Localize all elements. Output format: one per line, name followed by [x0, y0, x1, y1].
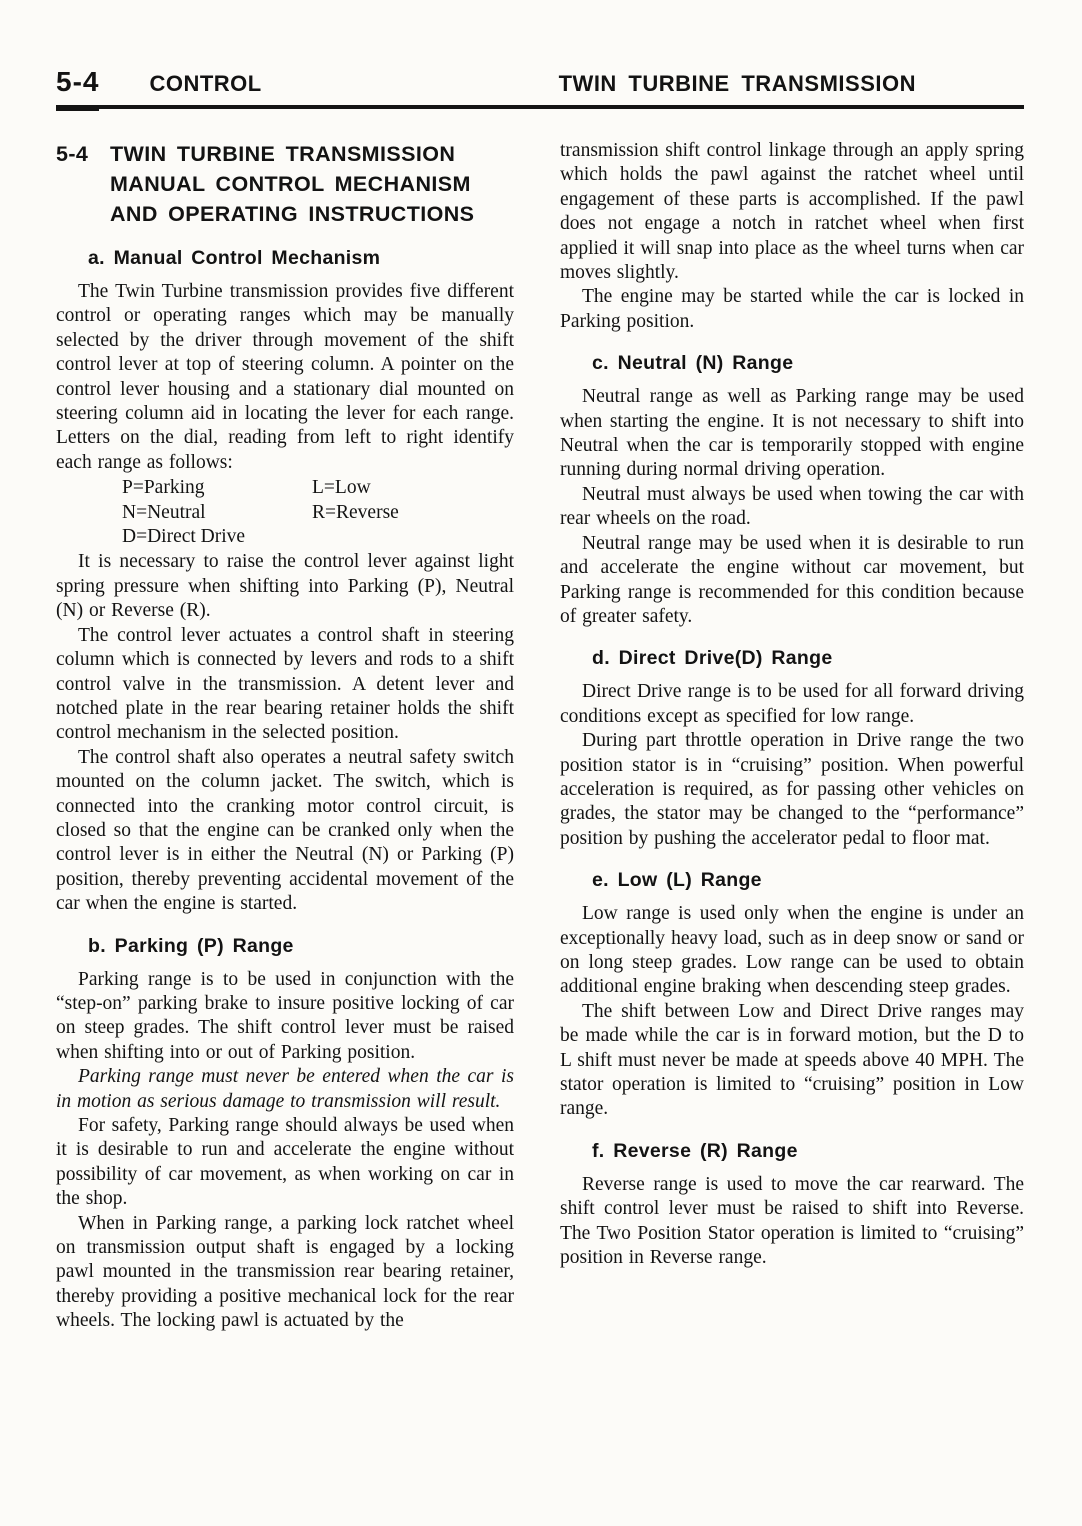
page-section-number: 5-4	[56, 66, 99, 111]
subsection-heading-d: d. Direct Drive(D) Range	[592, 647, 1024, 670]
paragraph: During part throttle operation in Drive …	[560, 729, 1024, 851]
article-title-line-1: TWIN TURBINE TRANSMISSION	[110, 142, 455, 166]
legend-cell: N=Neutral	[122, 501, 312, 525]
subsection-heading-e: e. Low (L) Range	[592, 869, 1024, 892]
left-column: 5-4 TWIN TURBINE TRANSMISSION MANUAL CON…	[56, 139, 514, 1334]
running-head: 5-4 CONTROL TWIN TURBINE TRANSMISSION	[56, 66, 1024, 109]
paragraph: It is necessary to raise the control lev…	[56, 550, 514, 623]
manual-page: 5-4 CONTROL TWIN TURBINE TRANSMISSION 5-…	[0, 0, 1082, 1526]
running-head-right-title: TWIN TURBINE TRANSMISSION	[559, 71, 916, 97]
paragraph-continuation: transmission shift control linkage throu…	[560, 139, 1024, 285]
paragraph-italic-warning: Parking range must never be entered when…	[56, 1065, 514, 1114]
subsection-heading-b: b. Parking (P) Range	[88, 935, 514, 958]
paragraph: Neutral range may be used when it is des…	[560, 532, 1024, 630]
legend-cell: L=Low	[312, 476, 514, 500]
paragraph: The control shaft also operates a neutra…	[56, 746, 514, 917]
two-column-body: 5-4 TWIN TURBINE TRANSMISSION MANUAL CON…	[56, 139, 1024, 1334]
legend-cell	[312, 525, 514, 549]
running-head-left-title: CONTROL	[149, 71, 261, 97]
paragraph: Reverse range is used to move the car re…	[560, 1173, 1024, 1271]
paragraph: Neutral range as well as Parking range m…	[560, 385, 1024, 483]
article-title-lines: TWIN TURBINE TRANSMISSION MANUAL CONTROL…	[110, 139, 474, 229]
article-title-line-2: MANUAL CONTROL MECHANISM	[110, 172, 471, 196]
right-column: transmission shift control linkage throu…	[560, 139, 1024, 1334]
article-title-line-3: AND OPERATING INSTRUCTIONS	[110, 202, 474, 226]
paragraph: The engine may be started while the car …	[560, 285, 1024, 334]
paragraph: The shift between Low and Direct Drive r…	[560, 1000, 1024, 1122]
article-title: 5-4 TWIN TURBINE TRANSMISSION MANUAL CON…	[56, 139, 514, 229]
paragraph: For safety, Parking range should always …	[56, 1114, 514, 1212]
paragraph: The control lever actuates a control sha…	[56, 624, 514, 746]
legend-cell: D=Direct Drive	[122, 525, 312, 549]
range-legend: P=Parking L=Low N=Neutral R=Reverse D=Di…	[122, 476, 514, 549]
paragraph: Low range is used only when the engine i…	[560, 902, 1024, 1000]
paragraph: Direct Drive range is to be used for all…	[560, 680, 1024, 729]
subsection-heading-c: c. Neutral (N) Range	[592, 352, 1024, 375]
subsection-heading-a: a. Manual Control Mechanism	[88, 247, 514, 270]
paragraph: Parking range is to be used in conjuncti…	[56, 968, 514, 1066]
paragraph: The Twin Turbine transmission provides f…	[56, 280, 514, 475]
subsection-heading-f: f. Reverse (R) Range	[592, 1140, 1024, 1163]
legend-cell: R=Reverse	[312, 501, 514, 525]
legend-cell: P=Parking	[122, 476, 312, 500]
paragraph: When in Parking range, a parking lock ra…	[56, 1212, 514, 1334]
paragraph: Neutral must always be used when towing …	[560, 483, 1024, 532]
article-number: 5-4	[56, 139, 110, 229]
